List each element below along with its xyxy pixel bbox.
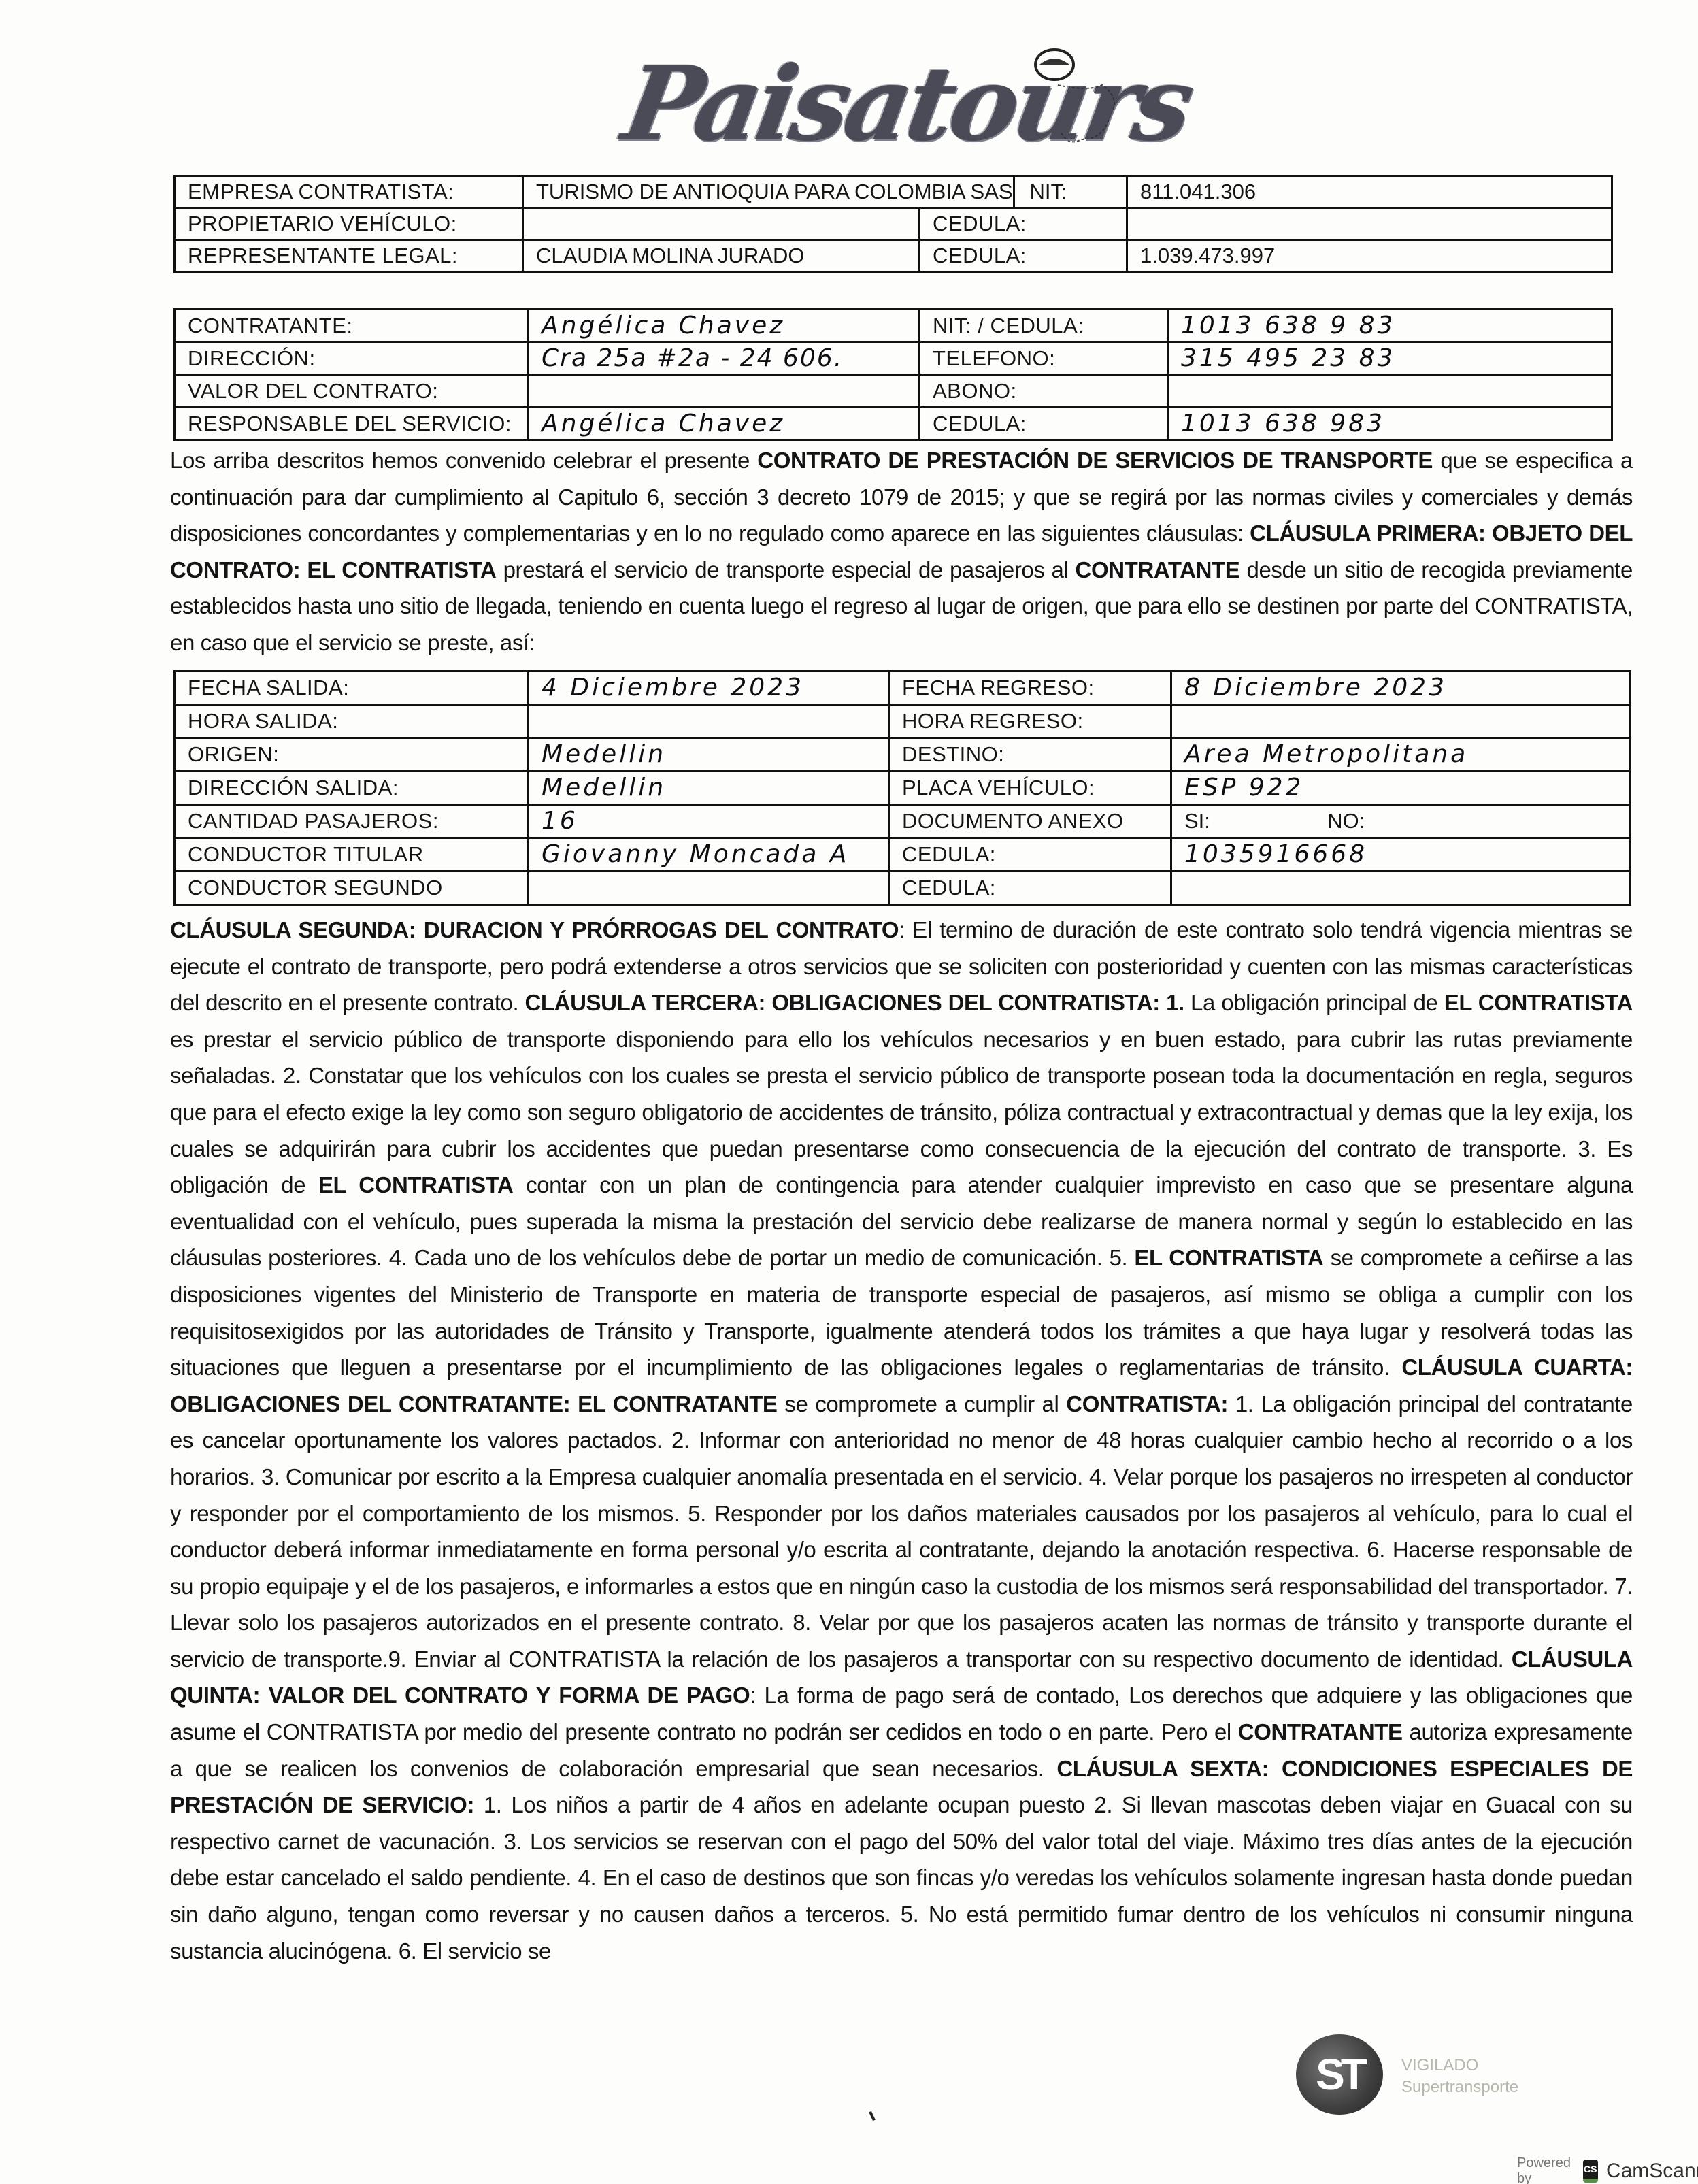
handwritten-value: 4 Diciembre 2023 bbox=[529, 672, 889, 705]
bold-clause-heading: EL CONTRATISTA bbox=[1444, 990, 1633, 1015]
camscanner-icon: CS bbox=[1583, 2160, 1598, 2183]
field-label: REPRESENTANTE LEGAL: bbox=[175, 240, 523, 272]
field-value bbox=[523, 208, 920, 240]
field-label: CANTIDAD PASAJEROS: bbox=[175, 805, 529, 838]
handwritten-value: Cra 25a #2a - 24 606. bbox=[529, 342, 920, 375]
handwritten-value: 8 Diciembre 2023 bbox=[1171, 672, 1631, 705]
handwritten-value: Angélica Chavez bbox=[529, 408, 920, 440]
handwritten-value: ESP 922 bbox=[1171, 772, 1631, 805]
table-row: DIRECCIÓN SALIDA:MedellinPLACA VEHÍCULO:… bbox=[175, 772, 1631, 805]
stamp-line2: Supertransporte bbox=[1401, 2077, 1518, 2098]
field-label: PLACA VEHÍCULO: bbox=[889, 772, 1171, 805]
field-label: DESTINO: bbox=[889, 738, 1171, 772]
field-label: HORA SALIDA: bbox=[175, 705, 529, 738]
field-value bbox=[529, 705, 889, 738]
stamp-initials: ST bbox=[1316, 2049, 1363, 2100]
clause-text: La obligación principal de bbox=[1184, 990, 1444, 1015]
contract-clauses-paragraph: CLÁUSULA SEGUNDA: DURACION Y PRÓRROGAS D… bbox=[170, 912, 1633, 1969]
clause-text: 1. Los niños a partir de 4 años en adela… bbox=[170, 1792, 1633, 1963]
table-row: CONDUCTOR SEGUNDOCEDULA: bbox=[175, 872, 1631, 905]
bold-clause-heading: CONTRATO DE PRESTACIÓN DE SERVICIOS DE T… bbox=[757, 448, 1433, 473]
bold-clause-heading: CONTRATANTE bbox=[1076, 557, 1240, 582]
client-info-table: CONTRATANTE: Angélica Chavez NIT: / CEDU… bbox=[173, 308, 1613, 441]
field-label: ABONO: bbox=[920, 375, 1168, 408]
field-value: 1.039.473.997 bbox=[1127, 240, 1612, 272]
bold-clause-heading: CLÁUSULA TERCERA: OBLIGACIONES DEL CONTR… bbox=[525, 990, 1184, 1015]
table-row: EMPRESA CONTRATISTA: TURISMO DE ANTIOQUI… bbox=[175, 176, 1612, 208]
field-label: HORA REGRESO: bbox=[889, 705, 1171, 738]
field-label: CONTRATANTE: bbox=[175, 310, 529, 342]
field-label: FECHA SALIDA: bbox=[175, 672, 529, 705]
logo-wordmark: Paisatours bbox=[615, 44, 1198, 164]
table-row: DIRECCIÓN: Cra 25a #2a - 24 606. TELEFON… bbox=[175, 342, 1612, 375]
field-label: PROPIETARIO VEHÍCULO: bbox=[175, 208, 523, 240]
scanner-watermark: Powered by CS CamScanner bbox=[1517, 2155, 1698, 2184]
field-label: CEDULA: bbox=[920, 240, 1127, 272]
clause-text: Los arriba descritos hemos convenido cel… bbox=[170, 448, 757, 473]
field-value bbox=[529, 375, 920, 408]
table-row: CANTIDAD PASAJEROS:16DOCUMENTO ANEXOSI: … bbox=[175, 805, 1631, 838]
handwritten-value: Giovanny Moncada A bbox=[529, 838, 889, 872]
table-row: CONTRATANTE: Angélica Chavez NIT: / CEDU… bbox=[175, 310, 1612, 342]
table-row: VALOR DEL CONTRATO: ABONO: bbox=[175, 375, 1612, 408]
bold-clause-heading: EL CONTRATISTA bbox=[1134, 1245, 1323, 1270]
field-value: CLAUDIA MOLINA JURADO bbox=[523, 240, 920, 272]
field-label: ORIGEN: bbox=[175, 738, 529, 772]
field-label: NIT: / CEDULA: bbox=[920, 310, 1168, 342]
contractor-info-table: EMPRESA CONTRATISTA: TURISMO DE ANTIOQUI… bbox=[173, 175, 1613, 273]
contract-intro-paragraph: Los arriba descritos hemos convenido cel… bbox=[170, 442, 1633, 661]
scan-artifact bbox=[869, 2111, 876, 2121]
scanner-name: CamScanner bbox=[1606, 2160, 1698, 2183]
handwritten-value: 1013 638 983 bbox=[1168, 408, 1612, 440]
field-value: SI: NO: bbox=[1171, 805, 1631, 838]
field-value bbox=[1171, 872, 1631, 905]
field-value bbox=[1171, 705, 1631, 738]
field-value bbox=[1127, 208, 1612, 240]
handwritten-value: 1013 638 9 83 bbox=[1168, 310, 1612, 342]
field-label: RESPONSABLE DEL SERVICIO: bbox=[175, 408, 529, 440]
field-label: CONDUCTOR TITULAR bbox=[175, 838, 529, 872]
field-label: DIRECCIÓN: bbox=[175, 342, 529, 375]
supertransporte-caption: VIGILADO Supertransporte bbox=[1401, 2055, 1518, 2098]
field-label: NIT: bbox=[1013, 177, 1126, 207]
company-logo: Paisatours bbox=[612, 37, 1170, 153]
handwritten-value: Medellin bbox=[529, 772, 889, 805]
stamp-line1: VIGILADO bbox=[1401, 2055, 1518, 2077]
bold-clause-heading: EL CONTRATISTA bbox=[318, 1172, 514, 1197]
field-label: CEDULA: bbox=[889, 872, 1171, 905]
clause-text: 1. La obligación principal del contratan… bbox=[170, 1391, 1633, 1672]
handwritten-value: Medellin bbox=[529, 738, 889, 772]
bold-clause-heading: CONTRATISTA: bbox=[1066, 1391, 1228, 1417]
powered-by-label: Powered by bbox=[1517, 2155, 1575, 2184]
table-row: ORIGEN:MedellinDESTINO:Area Metropolitan… bbox=[175, 738, 1631, 772]
nit-value: 811.041.306 bbox=[1127, 176, 1612, 208]
company-name-value: TURISMO DE ANTIOQUIA PARA COLOMBIA SAS N… bbox=[523, 176, 1127, 208]
field-value bbox=[529, 872, 889, 905]
clause-text: se compromete a cumplir al bbox=[778, 1391, 1067, 1417]
field-label: CONDUCTOR SEGUNDO bbox=[175, 872, 529, 905]
field-label: DOCUMENTO ANEXO bbox=[889, 805, 1171, 838]
clause-text: prestará el servicio de transporte espec… bbox=[496, 557, 1075, 582]
table-row: CONDUCTOR TITULARGiovanny Moncada ACEDUL… bbox=[175, 838, 1631, 872]
table-row: RESPONSABLE DEL SERVICIO: Angélica Chave… bbox=[175, 408, 1612, 440]
bold-clause-heading: CLÁUSULA SEGUNDA: DURACION Y PRÓRROGAS D… bbox=[170, 917, 899, 942]
table-row: REPRESENTANTE LEGAL: CLAUDIA MOLINA JURA… bbox=[175, 240, 1612, 272]
handwritten-value: 16 bbox=[529, 805, 889, 838]
field-label: CEDULA: bbox=[920, 408, 1168, 440]
handwritten-value: Angélica Chavez bbox=[529, 310, 920, 342]
handwritten-value: Area Metropolitana bbox=[1171, 738, 1631, 772]
table-row: FECHA SALIDA:4 Diciembre 2023FECHA REGRE… bbox=[175, 672, 1631, 705]
field-value: TURISMO DE ANTIOQUIA PARA COLOMBIA SAS bbox=[524, 177, 1013, 207]
field-label: VALOR DEL CONTRATO: bbox=[175, 375, 529, 408]
field-label: CEDULA: bbox=[889, 838, 1171, 872]
supertransporte-logo: ST bbox=[1296, 2034, 1383, 2115]
field-label: TELEFONO: bbox=[920, 342, 1168, 375]
field-label: DIRECCIÓN SALIDA: bbox=[175, 772, 529, 805]
handwritten-value: 1035916668 bbox=[1171, 838, 1631, 872]
bold-clause-heading: CONTRATANTE bbox=[1238, 1719, 1403, 1744]
field-label: CEDULA: bbox=[920, 208, 1127, 240]
field-label: EMPRESA CONTRATISTA: bbox=[175, 176, 523, 208]
table-row: HORA SALIDA:HORA REGRESO: bbox=[175, 705, 1631, 738]
field-label: FECHA REGRESO: bbox=[889, 672, 1171, 705]
handwritten-value: 315 495 23 83 bbox=[1168, 342, 1612, 375]
trip-details-table: FECHA SALIDA:4 Diciembre 2023FECHA REGRE… bbox=[173, 670, 1631, 906]
field-value bbox=[1168, 375, 1612, 408]
table-row: PROPIETARIO VEHÍCULO: CEDULA: bbox=[175, 208, 1612, 240]
